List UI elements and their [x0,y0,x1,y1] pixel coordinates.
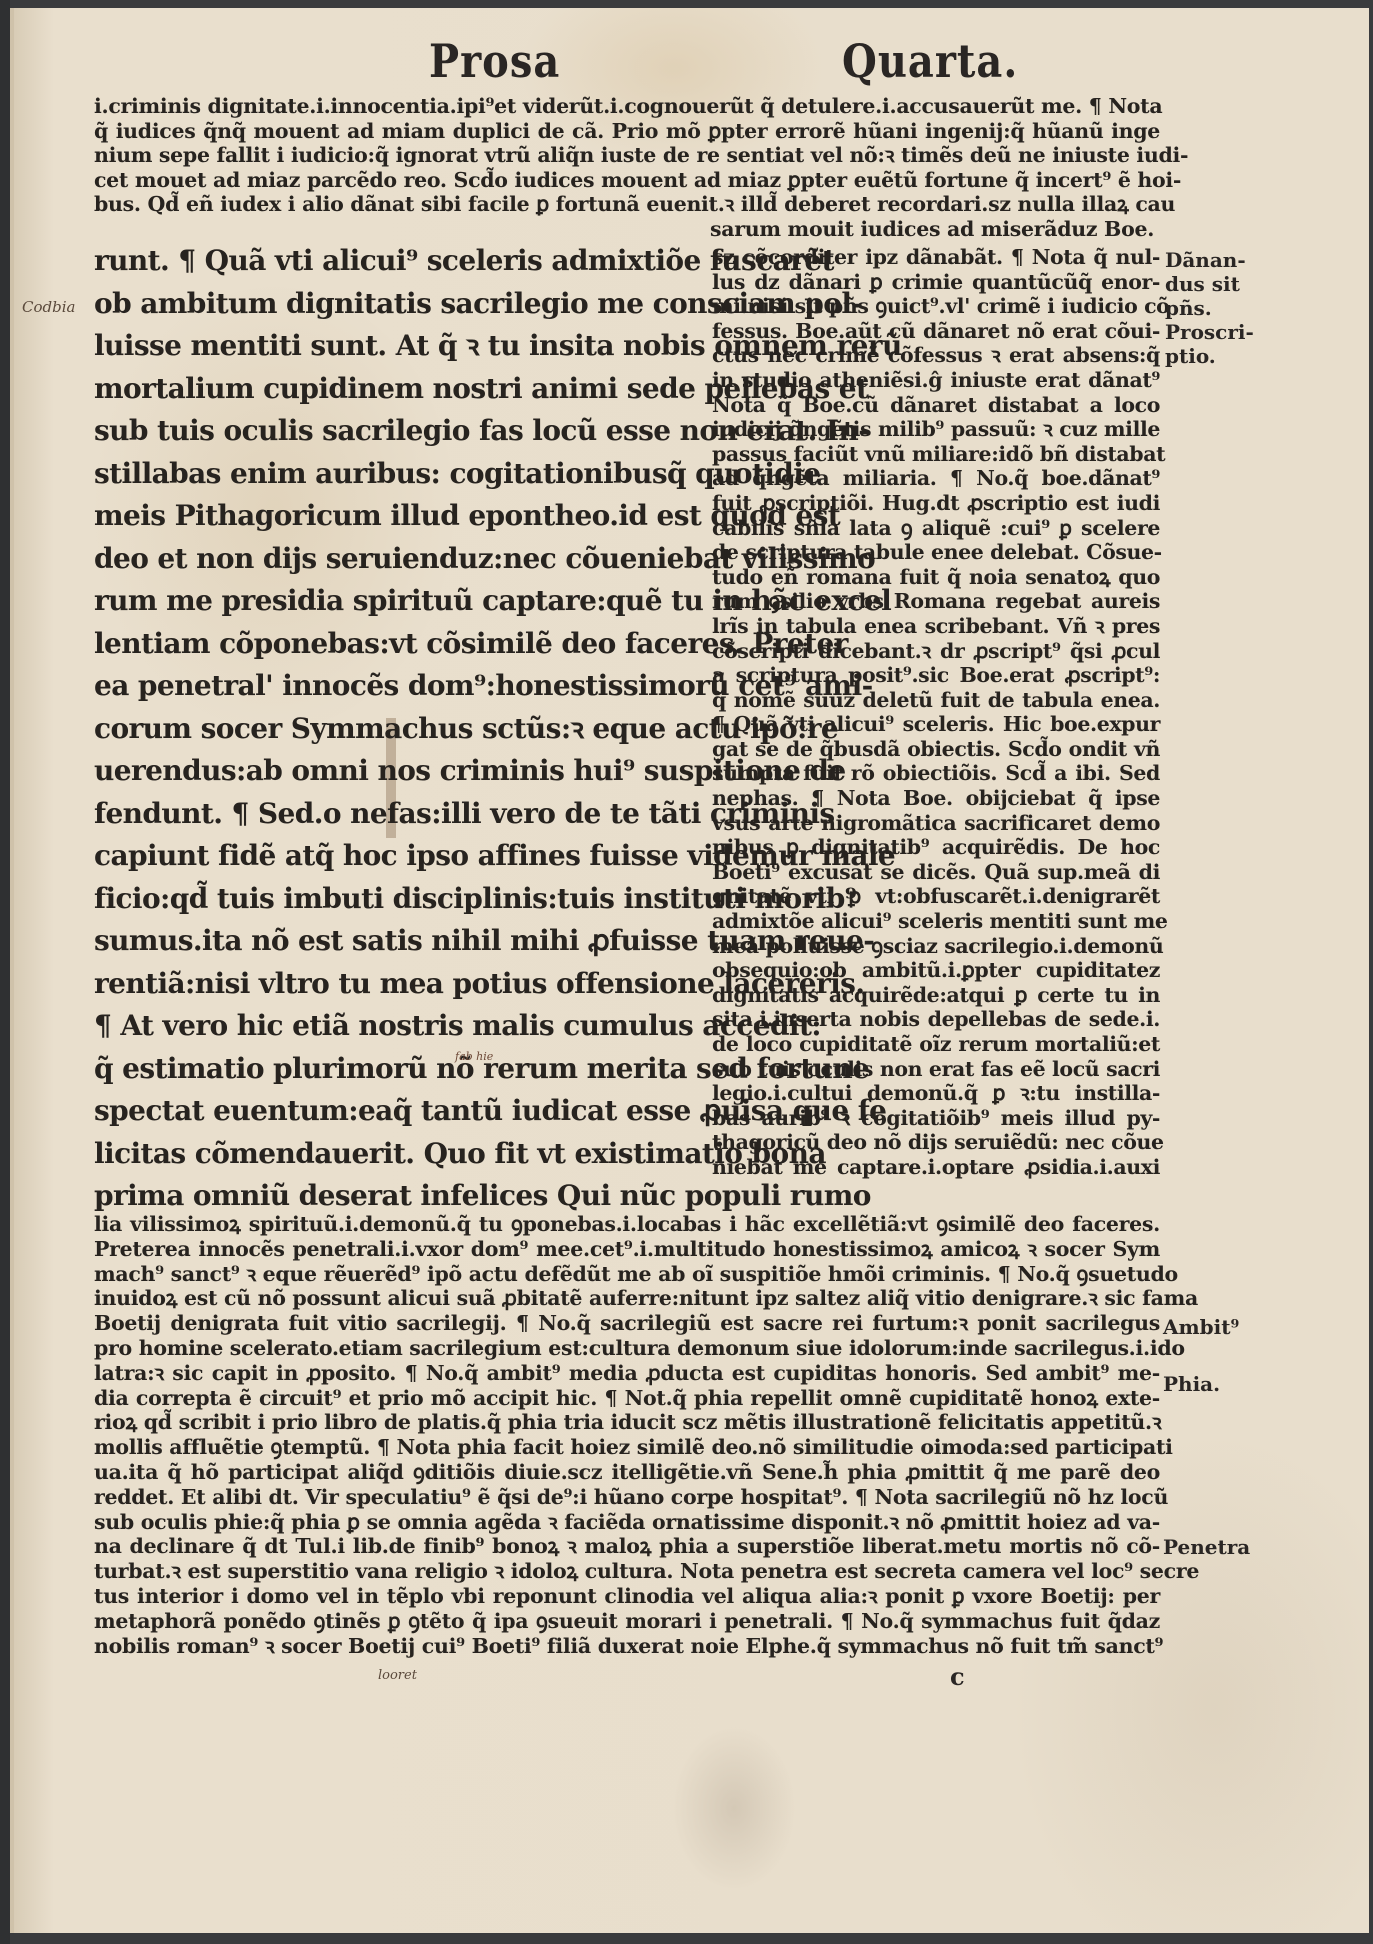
commentary-line: iudicij q̃ngẽtis milib⁹ passuũ: ꝛ cuz mi… [712,417,1160,442]
commentary-line: legio.i.cultui demonũ.q̃ ꝑ ꝛ:tu instilla… [712,1081,1160,1106]
commentary-line: a scriptura posit⁹.sic Boe.erat ꝓscript⁹… [712,663,1160,688]
main-text-line: sumus.ita nõ est satis nihil mihi ꝓfuiss… [94,920,702,963]
signature-mark: c [950,1662,965,1691]
commentary-line: lus dz dãnari ꝑ crimie quantũcũq̃ enor- [712,270,1160,295]
margin-note-danandus: Dãnan- dus sit pñs. Proscri- ptio. [1165,248,1254,368]
commentary-line: mach⁹ sanct⁹ ꝛ eque rẽuerẽd⁹ ipõ actu de… [94,1262,1160,1287]
commentary-line: mi.nisi sit pñs ꝯuict⁹.vl' crimẽ i iudic… [712,294,1160,319]
main-text-line: mortalium cupidinem nostri animi sede pe… [94,368,702,411]
main-text-column: runt. ¶ Quã vti alicui⁹ sceleris admixti… [94,240,702,1218]
commentary-line: Nota q̃ Boe.cũ dãnaret distabat a loco [712,393,1160,418]
commentary-line: rum ꝯsilio vrbs Romana regebat aureis [712,589,1160,614]
commentary-line: sub tuis oculis non erat fas eẽ locũ sac… [712,1057,1160,1082]
commentary-line: q̃ iudices q̃nq̃ mouent ad miam duplici … [94,119,1160,144]
commentary-line: nium sepe fallit i iudicio:q̃ ignorat vt… [94,143,1160,168]
main-text-line: spectat euentum:eaq̃ tantũ iudicat esse … [94,1090,702,1133]
main-text-line: capiunt fidẽ atq̃ hoc ipso affines fuiss… [94,835,702,878]
margin-note-line: Dãnan- [1165,248,1254,272]
main-text-line: deo et non dijs seruienduz:nec cõuenieba… [94,538,702,581]
commentary-line: ua.ita q̃ hõ participat aliq̃d ꝯditiõis … [94,1460,1160,1485]
commentary-line: meã polluisse ꝯsciaz sacrilegio.i.demonũ [712,934,1160,959]
main-text-line: uerendus:ab omni nos criminis hui⁹ suspi… [94,750,702,793]
commentary-line: inuidoꝝ est cũ nõ possunt alicui suã ꝓbi… [94,1286,1160,1311]
main-text-line: ¶ At vero hic etiã nostris malis cumulus… [94,1005,702,1048]
commentary-line: fuit ꝓscriptiõi. Hug.dt ꝓscriptio est iu… [712,491,1160,516]
running-head-right: Quarta. [842,34,1018,88]
commentary-line: gat se de q̃busdã obiectis. Scd̃o ondit … [712,737,1160,762]
commentary-line: obsequio:ob ambitũ.i.ꝑpter cupiditatez [712,958,1160,983]
commentary-line: dignitatis acquirẽde:atqui ꝑ certe tu in [712,983,1160,1008]
main-text-line: ficio:qd̃ tuis imbuti disciplinis:tuis i… [94,878,702,921]
main-text-line: meis Pithagoricum illud epontheo.id est … [94,495,702,538]
commentary-top: i.criminis dignitate.i.innocentia.ipi⁹et… [94,94,1160,241]
commentary-line: nobilis roman⁹ ꝛ socer Boetij cui⁹ Boeti… [94,1634,1160,1659]
commentary-line: admixtõe alicui⁹ sceleris mentiti sunt m… [712,909,1160,934]
commentary-line: sz cõcorditer ipz dãnabãt. ¶ Nota q̃ nul… [712,245,1160,270]
commentary-line: Preterea innocẽs penetrali.i.vxor dom⁹ m… [94,1237,1160,1262]
commentary-line: passus faciũt vnũ miliare:idõ bñ distaba… [712,442,1160,467]
main-text-line: rum me presidia spirituũ captare:quẽ tu … [94,580,702,623]
commentary-line: niebat me captare.i.optare ꝓsidia.i.auxi [712,1155,1160,1180]
running-head-left: Prosa [429,34,560,88]
commentary-line: sarum mouit iudices ad miserãduz Boe. [94,217,1160,242]
commentary-line: latra:ꝛ sic capit in ꝓposito. ¶ No.q̃ am… [94,1361,1160,1386]
handwritten-annotation-bottom: looret [378,1668,417,1683]
commentary-line: turbat.ꝛ est superstitio vana religio ꝛ … [94,1559,1160,1584]
margin-note-line: pñs. [1165,296,1254,320]
main-text-line: luisse mentiti sunt. At q̃ ꝛ tu insita n… [94,325,702,368]
commentary-line: gnitatẽ vti ꝑ vt:obfuscarẽt.i.denigrarẽt [712,884,1160,909]
commentary-line: thagoricũ deo nõ dijs seruiẽdũ: nec cõue [712,1130,1160,1155]
handwritten-annotation-left: Codbia [22,298,75,316]
commentary-bottom: lia vilissimoꝝ spirituũ.i.demonũ.q̃ tu ꝯ… [94,1212,1160,1658]
commentary-line: q̃ nomẽ suuz deletũ fuit de tabula enea. [712,688,1160,713]
commentary-line: nephas. ¶ Nota Boe. obijciebat q̃ ipse [712,786,1160,811]
commentary-line: na declinare q̃ dt Tul.i lib.de finib⁹ b… [94,1534,1160,1559]
commentary-line: de scriptura tabule enee delebat. Cõsue- [712,540,1160,565]
commentary-line: ctus nec crimẽ cõfessus ꝛ erat absens:q̃ [712,343,1160,368]
commentary-line: bas aurib⁹ ꝛ cogitatiõib⁹ meis illud py- [712,1106,1160,1131]
running-head: Prosa Quarta. [14,38,1369,98]
commentary-line: ¶ Quã vti alicui⁹ sceleris. Hic boe.expu… [712,712,1160,737]
commentary-line: metaphorã ponẽdo ꝯtinẽs ꝑ ꝯtẽto q̃ ipa ꝯ… [94,1609,1160,1634]
commentary-line: sub oculis phie:q̃ phia ꝑ se omnia agẽda… [94,1510,1160,1535]
commentary-line: bus. Qd̃ eñ iudex i alio dãnat sibi faci… [94,192,1160,217]
commentary-line: cõscripti dicebant.ꝛ dr ꝓscript⁹ q̃si ꝓc… [712,639,1160,664]
commentary-line: tudo eñ romana fuit q̃ noia senatoꝝ quo [712,565,1160,590]
margin-note-line: Proscri- [1165,320,1254,344]
commentary-line: lrĩs in tabula enea scribebant. Vñ ꝛ pre… [712,614,1160,639]
commentary-right-column: sz cõcorditer ipz dãnabãt. ¶ Nota q̃ nul… [712,245,1160,1180]
commentary-line: fessus. Boe.aũt cũ dãnaret nõ erat cõui- [712,319,1160,344]
commentary-line: sumpta fuit rõ obiectiõis. Scd̃ a ibi. S… [712,761,1160,786]
main-text-line: stillabas enim auribus: cogitationibusq̃… [94,453,702,496]
main-text-line: sub tuis oculis sacrilegio fas locũ esse… [94,410,702,453]
scan-background [0,0,10,1944]
commentary-line: tus interior i domo vel in tẽplo vbi rep… [94,1584,1160,1609]
margin-note-line: ptio. [1165,344,1254,368]
main-text-line: ea penetral' innocẽs dom⁹:honestissimorũ… [94,665,702,708]
margin-note-penetra: Penetra [1163,1535,1250,1559]
margin-note-phia: Phia. [1163,1372,1220,1396]
handwritten-annotation-interlinear: fab hie [455,1050,493,1063]
commentary-line: vsus arte nigromãtica sacrificaret demo [712,811,1160,836]
commentary-line: de loco cupiditatẽ oĩz rerum mortaliũ:et [712,1032,1160,1057]
commentary-line: Boeti⁹ excusat se dicẽs. Quã sup.meã di [712,860,1160,885]
main-text-line: licitas cõmendauerit. Quo fit vt existim… [94,1133,702,1176]
main-text-line: corum socer Symmachus sctũs:ꝛ eque actu … [94,708,702,751]
commentary-line: in studio atheniẽsi.ĝ iniuste erat dãnat… [712,368,1160,393]
commentary-line: ad q̃ngẽta miliaria. ¶ No.q̃ boe.dãnat⁹ [712,466,1160,491]
commentary-line: lia vilissimoꝝ spirituũ.i.demonũ.q̃ tu ꝯ… [94,1212,1160,1237]
commentary-line: nibus ꝑ dignitatib⁹ acquirẽdis. De hoc [712,835,1160,860]
main-text-line: q̃ estimatio plurimorũ nõ rerum merita s… [94,1048,702,1091]
commentary-line: cabilis sñia lata ꝯ aliquẽ :cui⁹ ꝑ scele… [712,516,1160,541]
main-text-line: rentiã:nisi vltro tu mea potius offensio… [94,963,702,1006]
commentary-line: cet mouet ad miaz parcẽdo reo. Scd̃o iud… [94,168,1160,193]
main-text-line: runt. ¶ Quã vti alicui⁹ sceleris admixti… [94,240,702,283]
commentary-line: Boetij denigrata fuit vitio sacrilegij. … [94,1311,1160,1336]
commentary-line: dia correpta ẽ circuit⁹ et prio mõ accip… [94,1386,1160,1411]
commentary-line: sita.i.inserta nobis depellebas de sede.… [712,1007,1160,1032]
commentary-line: i.criminis dignitate.i.innocentia.ipi⁹et… [94,94,1160,119]
commentary-line: rioꝝ qd̃ scribit i prio libro de platis.… [94,1410,1160,1435]
main-text-line: fendunt. ¶ Sed.o nefas:illi vero de te t… [94,793,702,836]
commentary-line: reddet. Et alibi dt. Vir speculatiu⁹ ẽ q… [94,1485,1160,1510]
margin-note-line: dus sit [1165,272,1254,296]
commentary-line: pro homine scelerato.etiam sacrilegium e… [94,1336,1160,1361]
main-text-line: ob ambitum dignitatis sacrilegio me cons… [94,283,702,326]
margin-note-ambitus: Ambit⁹ [1163,1315,1239,1339]
commentary-line: mollis affluẽtie ꝯtemptũ. ¶ Nota phia fa… [94,1435,1160,1460]
main-text-line: lentiam cõponebas:vt cõsimilẽ deo facere… [94,623,702,666]
